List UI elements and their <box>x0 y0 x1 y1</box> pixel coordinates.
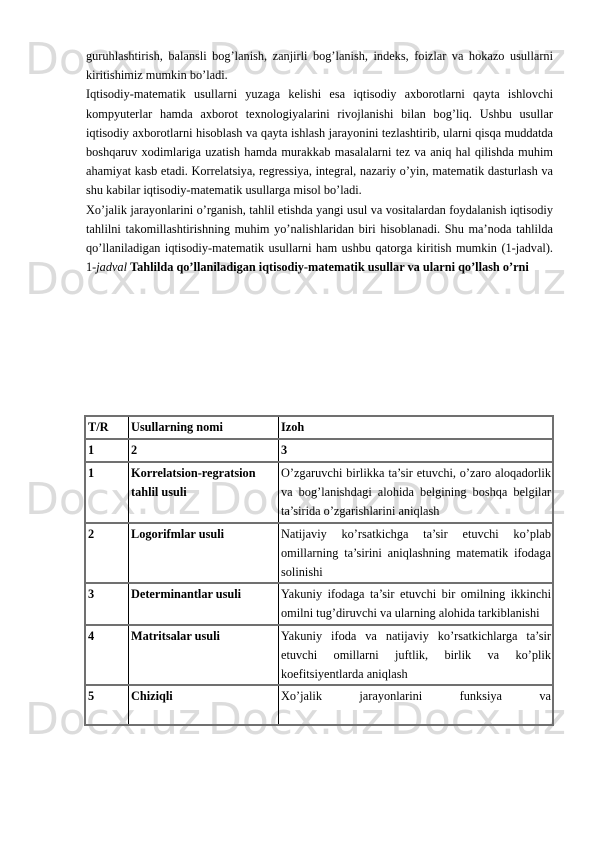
table-row: 5 Chiziqli Xo’jalik jarayonlarini funksi… <box>85 685 553 725</box>
paragraph-1: guruhlashtirish, balansli bog’lanish, za… <box>86 47 553 85</box>
table-column-numbers-row: 1 2 3 <box>85 439 553 462</box>
table-caption-title: Tahlilda qo’llaniladigan iqtisodiy-matem… <box>130 260 529 274</box>
document-body: guruhlashtirish, balansli bog’lanish, za… <box>86 47 553 277</box>
header-cell-name: Usullarning nomi <box>129 416 279 439</box>
row-number-cell: 5 <box>85 685 129 725</box>
table-caption-number: 1- <box>86 260 96 274</box>
table-row: 1 Korrelatsion-regratsion tahlil usuli O… <box>85 462 553 523</box>
paragraph-3: Xo’jalik jarayonlarini o’rganish, tahlil… <box>86 201 553 278</box>
method-note-cell: O’zgaruvchi birlikka ta’sir etuvchi, o’z… <box>279 462 554 523</box>
row-number-cell: 3 <box>85 583 129 624</box>
method-name-cell: Chiziqli <box>129 685 279 725</box>
row-number-cell: 4 <box>85 625 129 686</box>
method-name-cell: Determinantlar usuli <box>129 583 279 624</box>
method-note-cell: Natijaviy ko’rsatkichga ta’sir etuvchi k… <box>279 523 554 584</box>
paragraph-3-text: Xo’jalik jarayonlarini o’rganish, tahlil… <box>86 203 553 255</box>
method-note-cell: Yakuniy ifoda va natijaviy ko’rsatkichla… <box>279 625 554 686</box>
method-name-cell: Matritsalar usuli <box>129 625 279 686</box>
method-note-cell: Yakuniy ifodaga ta’sir etuvchi bir omiln… <box>279 583 554 624</box>
column-number-cell: 3 <box>279 439 554 462</box>
column-number-cell: 2 <box>129 439 279 462</box>
row-number-cell: 1 <box>85 462 129 523</box>
methods-table: T/R Usullarning nomi Izoh 1 2 3 1 Korrel… <box>84 415 554 726</box>
table-caption-label: jadval <box>96 260 127 274</box>
header-cell-no: T/R <box>85 416 129 439</box>
method-note-cell: Xo’jalik jarayonlarini funksiya va <box>279 685 554 725</box>
table-header-row: T/R Usullarning nomi Izoh <box>85 416 553 439</box>
table-row: 4 Matritsalar usuli Yakuniy ifoda va nat… <box>85 625 553 686</box>
paragraph-2: Iqtisodiy-matematik usullarni yuzaga kel… <box>86 85 553 200</box>
table-row: 3 Determinantlar usuli Yakuniy ifodaga t… <box>85 583 553 624</box>
method-name-cell: Korrelatsion-regratsion tahlil usuli <box>129 462 279 523</box>
column-number-cell: 1 <box>85 439 129 462</box>
table-row: 2 Logorifmlar usuli Natijaviy ko’rsatkic… <box>85 523 553 584</box>
header-cell-note: Izoh <box>279 416 554 439</box>
method-name-cell: Logorifmlar usuli <box>129 523 279 584</box>
row-number-cell: 2 <box>85 523 129 584</box>
